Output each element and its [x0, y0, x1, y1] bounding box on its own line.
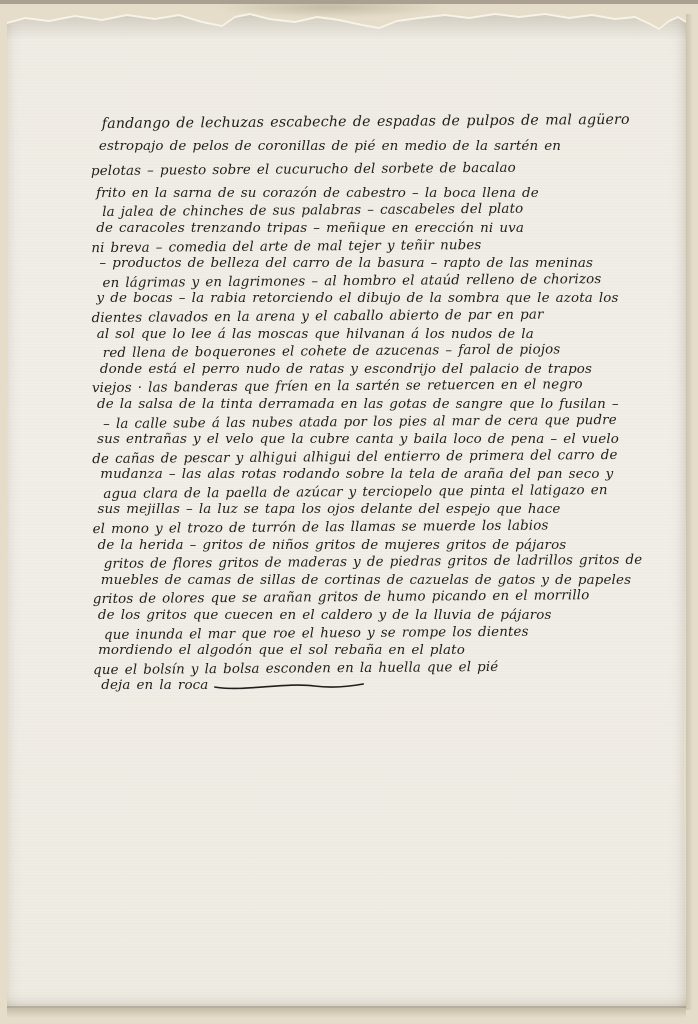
flourish-underline — [214, 680, 364, 692]
manuscript-line: viejos · las banderas que fríen en la sa… — [91, 376, 625, 398]
manuscript-line: muebles de camas de sillas de cortinas d… — [92, 572, 626, 590]
manuscript-line: red llena de boquerones el cohete de azu… — [91, 341, 625, 363]
manuscript-line: mudanza – las alas rotas rodando sobre l… — [91, 466, 625, 484]
manuscript-line: sus mejillas – la luz se tapa los ojos d… — [91, 501, 625, 519]
manuscript-line: – la calle sube á las nubes atada por lo… — [91, 411, 625, 433]
manuscript-line: al sol que lo lee á las moscas que hilva… — [91, 326, 625, 344]
manuscript-text-block: fandango de lechuzas escabeche de espada… — [90, 113, 627, 696]
scan-backdrop: fandango de lechuzas escabeche de espada… — [0, 0, 698, 1024]
manuscript-line: deja en la roca — [92, 677, 626, 695]
manuscript-line: de la salsa de la tinta derramada en las… — [91, 396, 625, 414]
manuscript-line: mordiendo el algodón que el sol rebaña e… — [92, 642, 626, 660]
manuscript-line-text: deja en la roca — [101, 677, 208, 695]
manuscript-line: agua clara de la paella de azúcar y terc… — [91, 482, 625, 504]
manuscript-line: – productos de belleza del carro de la b… — [90, 255, 624, 273]
manuscript-line: sus entrañas y el velo que la cubre cant… — [91, 431, 625, 449]
manuscript-line: de cañas de pescar y alhigui alhigui del… — [91, 447, 625, 469]
manuscript-line: en lágrimas y en lagrimones – al hombro … — [90, 271, 624, 293]
manuscript-line: frito en la sarna de su corazón de cabes… — [90, 185, 624, 203]
manuscript-line: que inunda el mar que roe el hueso y se … — [92, 623, 626, 645]
manuscript-line: fandango de lechuzas escabeche de espada… — [90, 112, 624, 134]
manuscript-line: estropajo de pelos de coronillas de pié … — [90, 138, 624, 156]
manuscript-line: que el bolsín y la bolsa esconden en la … — [92, 658, 626, 680]
manuscript-line: de la herida – gritos de niños gritos de… — [92, 537, 626, 555]
manuscript-line: dientes clavados en la arena y el caball… — [91, 306, 625, 328]
manuscript-line: y de bocas – la rabia retorciendo el dib… — [91, 290, 625, 308]
manuscript-line: gritos de olores que se arañan gritos de… — [92, 587, 626, 609]
manuscript-line: gritos de flores gritos de maderas y de … — [92, 552, 626, 574]
manuscript-line: donde está el perro nudo de ratas y esco… — [91, 361, 625, 379]
manuscript-line: la jalea de chinches de sus palabras – c… — [90, 200, 624, 222]
paper-drop-shadow — [7, 1006, 686, 1018]
manuscript-paper: fandango de lechuzas escabeche de espada… — [7, 10, 686, 1008]
paper-right-shadow — [686, 14, 693, 1010]
manuscript-line: el mono y el trozo de turrón de las llam… — [91, 517, 625, 539]
manuscript-line: pelotas – puesto sobre el cucurucho del … — [90, 159, 624, 181]
manuscript-line: de los gritos que cuecen en el caldero y… — [92, 607, 626, 625]
manuscript-line: de caracoles trenzando tripas – meñique … — [90, 220, 624, 238]
manuscript-line: ni breva – comedia del arte de mal tejer… — [90, 235, 624, 257]
